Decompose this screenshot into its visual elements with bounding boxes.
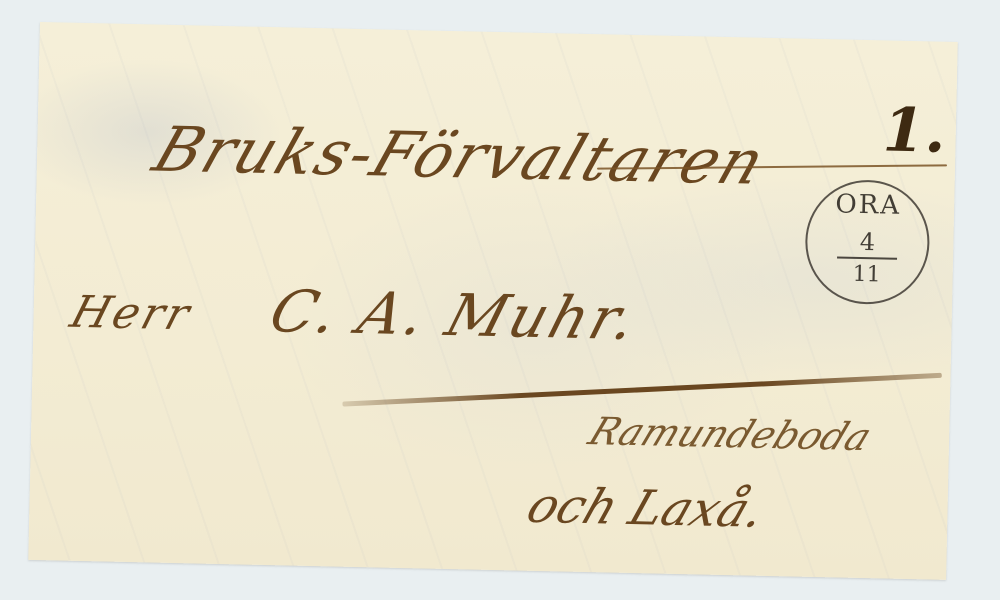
rate-marking: 1.: [882, 95, 946, 166]
address-line-occupation: Bruks-Förvaltaren: [145, 113, 776, 199]
postmark-stamp: ORA 4 11: [804, 179, 931, 306]
address-line-place: Ramundeboda: [583, 409, 878, 459]
address-line-locality: och Laxå.: [520, 478, 773, 539]
postmark-divider: [837, 256, 897, 259]
recipient-name: C. A. Muhr.: [262, 277, 646, 353]
letter-cover: 1. Bruks-Förvaltaren HerrC. A. Muhr. Ram…: [28, 22, 958, 580]
postmark-day: 4: [807, 227, 928, 258]
address-line-name: HerrC. A. Muhr.: [64, 273, 647, 353]
postmark-month: 11: [806, 261, 927, 289]
honorific: Herr: [65, 287, 198, 340]
postmark-town: ORA: [808, 189, 929, 222]
